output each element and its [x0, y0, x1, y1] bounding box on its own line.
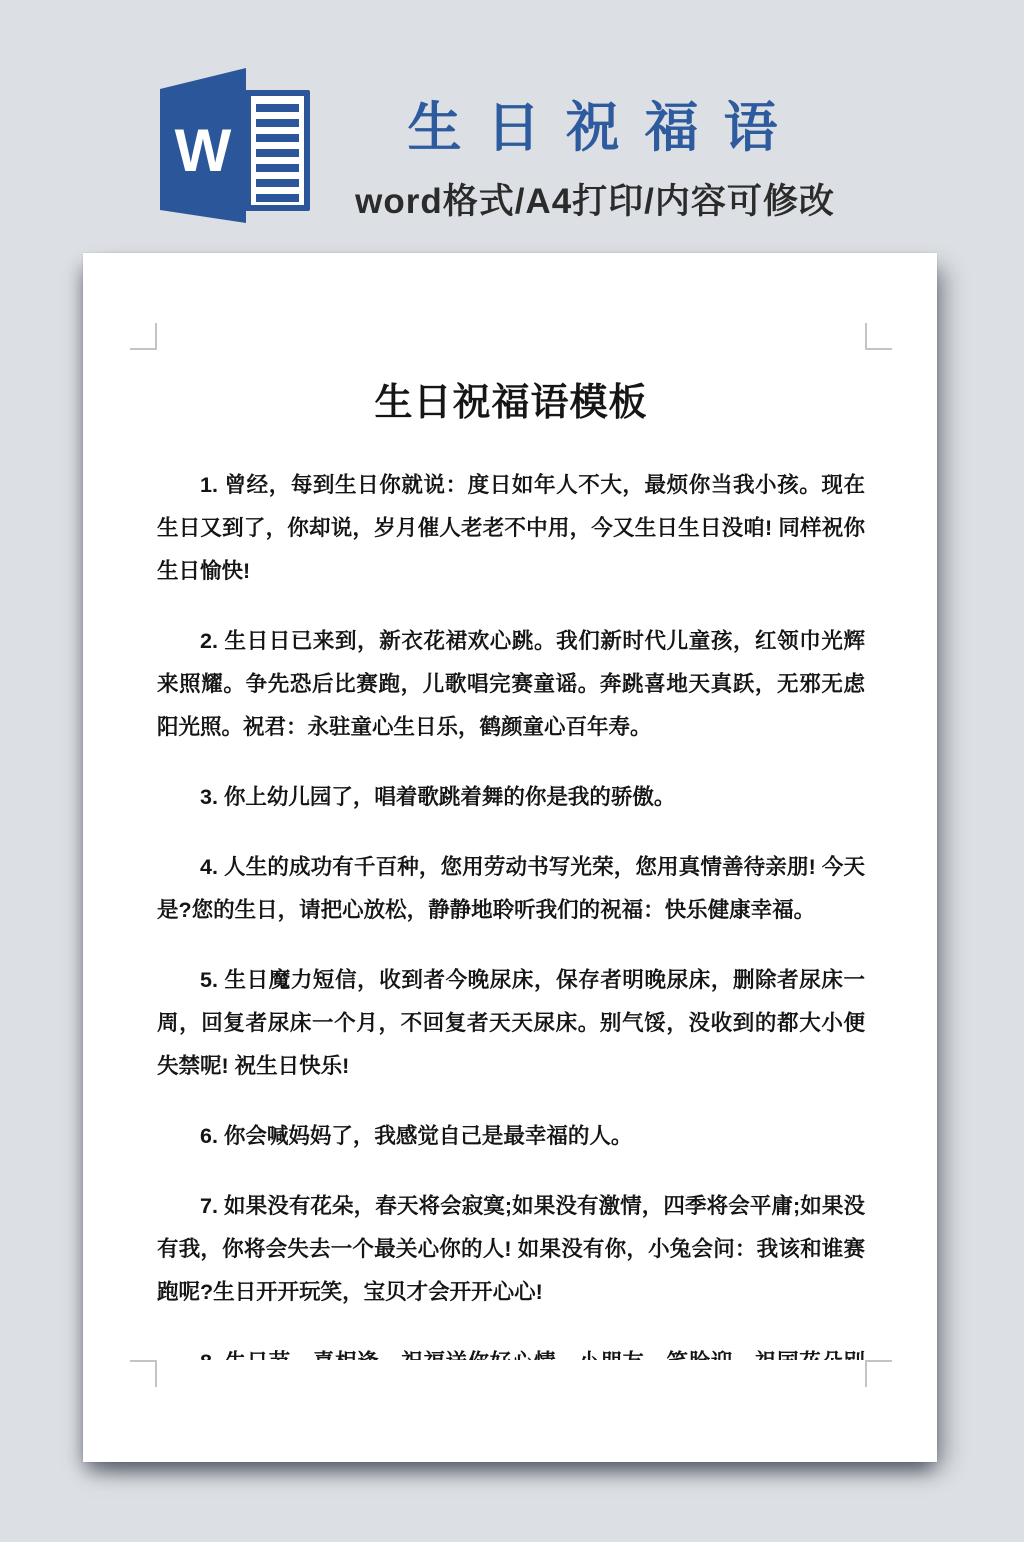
paragraph-7: 7. 如果没有花朵，春天将会寂寞;如果没有激情，四季将会平庸;如果没有我，你将会… [157, 1185, 865, 1314]
header-banner: W 生 日 祝 福 语 word格式/A4打印/内容可修改 [0, 0, 1024, 253]
margin-mark-bottom-left-icon [130, 1360, 157, 1387]
poster-background: W 生 日 祝 福 语 word格式/A4打印/内容可修改 生日祝福语模板 1.… [0, 0, 1024, 1542]
paragraph-1: 1. 曾经，每到生日你就说：度日如年人不大，最烦你当我小孩。现在生日又到了，你却… [157, 464, 865, 593]
margin-mark-top-left-icon [130, 323, 157, 350]
word-logo-letter: W [175, 117, 232, 184]
paragraph-6: 6. 你会喊妈妈了，我感觉自己是最幸福的人。 [157, 1115, 865, 1158]
document-body: 1. 曾经，每到生日你就说：度日如年人不大，最烦你当我小孩。现在生日又到了，你却… [157, 464, 865, 1360]
margin-mark-bottom-right-icon [865, 1360, 892, 1387]
word-logo-icon: W [150, 68, 314, 228]
banner-subtitle: word格式/A4打印/内容可修改 [320, 174, 870, 224]
paragraph-5: 5. 生日魔力短信，收到者今晚尿床，保存者明晚尿床，删除者尿床一周，回复者尿床一… [157, 959, 865, 1088]
document-title: 生日祝福语模板 [157, 378, 865, 428]
header-text-block: 生 日 祝 福 语 word格式/A4打印/内容可修改 [320, 96, 870, 224]
margin-mark-top-right-icon [865, 323, 892, 350]
word-logo-svg: W [150, 68, 314, 228]
paragraph-8: 8. 生日节，喜相逢，祝福送你好心情。小朋友，笑脸迎，祖国花朵别样红。 [157, 1341, 865, 1360]
paragraph-2: 2. 生日日已来到，新衣花裙欢心跳。我们新时代儿童孩，红领巾光辉来照耀。争先恐后… [157, 620, 865, 749]
paragraph-4: 4. 人生的成功有千百种，您用劳动书写光荣，您用真情善待亲朋! 今天是?您的生日… [157, 846, 865, 932]
document-text-area: 生日祝福语模板 1. 曾经，每到生日你就说：度日如年人不大，最烦你当我小孩。现在… [157, 350, 865, 1360]
banner-title: 生 日 祝 福 语 [320, 96, 870, 160]
paragraph-3: 3. 你上幼儿园了，唱着歌跳着舞的你是我的骄傲。 [157, 776, 865, 819]
document-page: 生日祝福语模板 1. 曾经，每到生日你就说：度日如年人不大，最烦你当我小孩。现在… [83, 253, 937, 1462]
